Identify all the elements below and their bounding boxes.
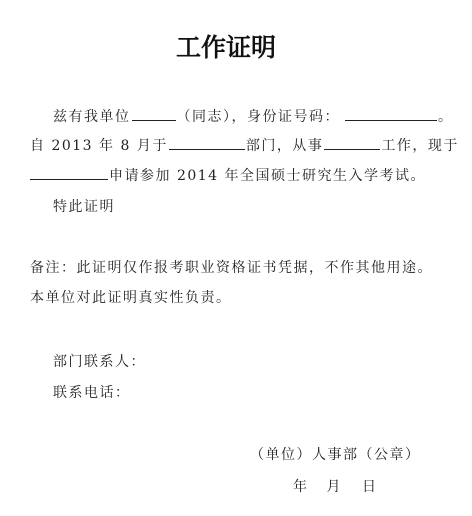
document-title: 工作证明 bbox=[0, 28, 472, 64]
paragraph-line-2: 自 2013 年 8 月于部门，从事工作，现于 bbox=[30, 135, 459, 156]
text-id-label: （同志），身份证号码： bbox=[177, 109, 341, 125]
note-line-1: 备注：此证明仅作报考职业资格证书凭据，不作其他用途。 bbox=[30, 258, 433, 278]
seal-line: （单位）人事部（公章） bbox=[250, 445, 421, 465]
text-currently: 工作，现于 bbox=[381, 138, 459, 154]
contact-phone-label: 联系电话： bbox=[53, 383, 131, 403]
paragraph-line-3: 申请参加 2014 年全国硕士研究生入学考试。 bbox=[30, 165, 426, 186]
date-line: 年月日 bbox=[293, 477, 378, 497]
paragraph-line-1: 兹有我单位（同志），身份证号码：。 bbox=[53, 106, 454, 127]
date-month: 月 bbox=[327, 479, 343, 495]
text-unit-intro: 兹有我单位 bbox=[53, 109, 131, 125]
date-year: 年 bbox=[293, 479, 309, 495]
id-number-blank[interactable] bbox=[345, 106, 437, 121]
department-blank[interactable] bbox=[169, 135, 245, 150]
closing-text: 特此证明 bbox=[53, 197, 115, 217]
job-blank[interactable] bbox=[324, 135, 380, 150]
contact-person-label: 部门联系人： bbox=[53, 352, 146, 372]
position-blank[interactable] bbox=[30, 165, 108, 180]
title-text: 工作证明 bbox=[176, 28, 276, 64]
note-line-2: 本单位对此证明真实性负责。 bbox=[30, 288, 232, 308]
text-start-date: 自 2013 年 8 月于 bbox=[30, 138, 168, 154]
date-day: 日 bbox=[362, 479, 378, 495]
name-blank[interactable] bbox=[132, 106, 176, 121]
text-department-work: 部门，从事 bbox=[246, 138, 324, 154]
text-period: 。 bbox=[438, 109, 454, 125]
text-exam-application: 申请参加 2014 年全国硕士研究生入学考试。 bbox=[109, 168, 426, 184]
